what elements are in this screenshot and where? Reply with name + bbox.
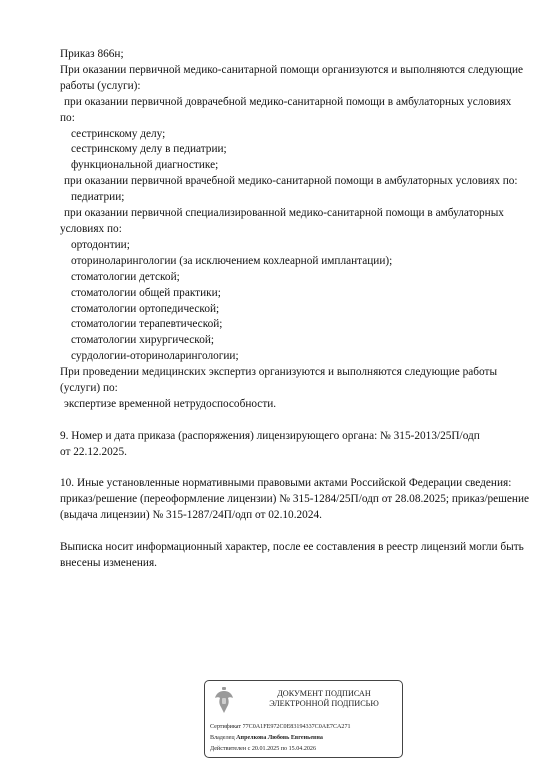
list-item: оториноларингологии (за исключением кохл…: [60, 254, 540, 270]
list-item: функциональной диагностике;: [60, 158, 540, 174]
section-9-line-2: от 22.12.2025.: [60, 445, 540, 461]
prehospital-heading: при оказании первичной доврачебной медик…: [60, 95, 540, 111]
section-9-line-1: 9. Номер и дата приказа (распоряжения) л…: [60, 429, 540, 445]
section-10-line-2: приказ/решение (переоформление лицензии)…: [60, 492, 540, 508]
spacer: [60, 524, 540, 540]
list-item: стоматологии детской;: [60, 270, 540, 286]
primary-care-intro: При оказании первичной медико-санитарной…: [60, 63, 540, 79]
certificate-value: 77C0A1FE972C0E83194337C0AE7CA271: [243, 724, 351, 730]
owner-label: Владелец: [210, 735, 235, 741]
prehospital-heading-cont: по:: [60, 111, 540, 127]
certificate-row: Сертификат 77C0A1FE972C0E83194337C0AE7CA…: [210, 723, 351, 731]
list-item: сестринскому делу;: [60, 127, 540, 143]
specialized-heading-cont: условиях по:: [60, 222, 540, 238]
list-item: стоматологии ортопедической;: [60, 302, 540, 318]
list-item: сурдологии-оториноларингологии;: [60, 349, 540, 365]
spacer: [60, 413, 540, 429]
stamp-title-line-2: ЭЛЕКТРОННОЙ ПОДПИСЬЮ: [249, 699, 399, 709]
owner-value: Апрелкова Любовь Евгеньевна: [236, 735, 323, 741]
order-reference: Приказ 866н;: [60, 47, 540, 63]
primary-care-intro-cont: работы (услуги):: [60, 79, 540, 95]
disclaimer-line-1: Выписка носит информационный характер, п…: [60, 540, 540, 556]
section-10-line-3: (выдача лицензии) № 315-1287/24П/одп от …: [60, 508, 540, 524]
expertise-intro: При проведении медицинских экспертиз орг…: [60, 365, 540, 381]
validity-row: Действителен с 20.01.2025 по 15.04.2026: [210, 745, 316, 753]
coat-of-arms-icon: [213, 686, 235, 714]
specialized-heading: при оказании первичной специализированно…: [60, 206, 540, 222]
stamp-title: ДОКУМЕНТ ПОДПИСАН ЭЛЕКТРОННОЙ ПОДПИСЬЮ: [249, 689, 399, 709]
list-item: стоматологии общей практики;: [60, 286, 540, 302]
expertise-intro-cont: (услуги) по:: [60, 381, 540, 397]
spacer: [60, 461, 540, 477]
section-10-line-1: 10. Иные установленные нормативными прав…: [60, 476, 540, 492]
list-item: педиатрии;: [60, 190, 540, 206]
list-item: экспертизе временной нетрудоспособности.: [60, 397, 540, 413]
document-body: Приказ 866н; При оказании первичной меди…: [60, 47, 540, 572]
physician-heading: при оказании первичной врачебной медико-…: [60, 174, 540, 190]
disclaimer-line-2: внесены изменения.: [60, 556, 540, 572]
owner-row: Владелец Апрелкова Любовь Евгеньевна: [210, 734, 323, 742]
electronic-signature-stamp: ДОКУМЕНТ ПОДПИСАН ЭЛЕКТРОННОЙ ПОДПИСЬЮ С…: [204, 680, 403, 758]
list-item: сестринскому делу в педиатрии;: [60, 142, 540, 158]
list-item: ортодонтии;: [60, 238, 540, 254]
list-item: стоматологии хирургической;: [60, 333, 540, 349]
list-item: стоматологии терапевтической;: [60, 317, 540, 333]
stamp-title-line-1: ДОКУМЕНТ ПОДПИСАН: [249, 689, 399, 699]
certificate-label: Сертификат: [210, 724, 241, 730]
